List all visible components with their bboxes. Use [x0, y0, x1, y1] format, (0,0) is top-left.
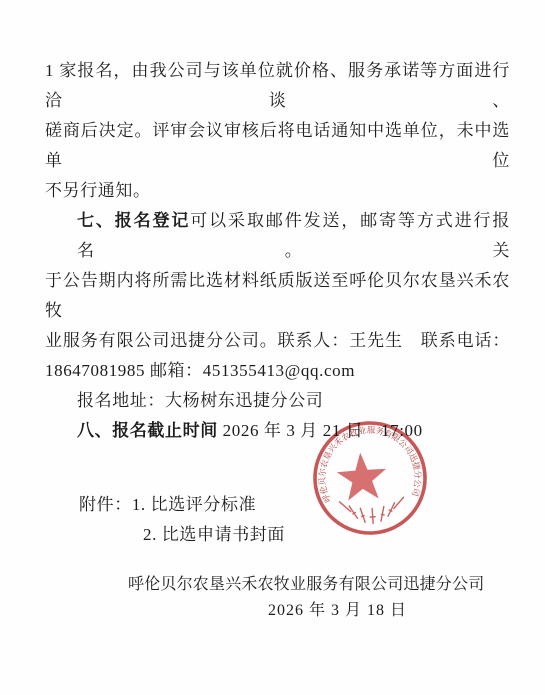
official-stamp: 呼伦贝尔农垦兴禾农牧业服务有限公司迅捷分公司: [306, 414, 434, 542]
signature-company: 呼伦贝尔农垦兴禾农牧业服务有限公司迅捷分公司: [128, 572, 510, 598]
attachments-label: 附件：: [79, 495, 132, 514]
body-line-3: 不另行通知。: [45, 176, 510, 206]
signature-block: 呼伦贝尔农垦兴禾农牧业服务有限公司迅捷分公司 2026 年 3 月 18 日: [45, 572, 510, 624]
body-line-6: 业服务有限公司迅捷分公司。联系人：王先生 联系电话：: [45, 326, 510, 356]
attachment-1-text: 1. 比选评分标准: [132, 495, 256, 514]
document-page: 1 家报名，由我公司与该单位就价格、服务承诺等方面进行洽谈、 磋商后决定。评审会…: [0, 0, 545, 695]
body-line-7-contact: 18647081985 邮箱：451355413@qq.com: [45, 356, 510, 386]
attachment-item-1: 附件：1. 比选评分标准: [79, 490, 510, 520]
section-seven-heading: 七、报名登记: [77, 211, 190, 230]
body-line-8-address: 报名地址：大杨树东迅捷分公司: [45, 386, 510, 416]
body-line-2: 磋商后决定。评审会议审核后将电话通知中选单位，未中选单位: [45, 116, 510, 176]
attachments-block: 附件：1. 比选评分标准 2. 比选申请书封面: [45, 490, 510, 550]
body-line-4: 七、报名登记可以采取邮件发送，邮寄等方式进行报名。关: [45, 206, 510, 266]
document-body: 1 家报名，由我公司与该单位就价格、服务承诺等方面进行洽谈、 磋商后决定。评审会…: [45, 56, 510, 624]
section-eight-heading: 八、报名截止时间: [77, 421, 218, 440]
signature-date: 2026 年 3 月 18 日: [268, 598, 510, 624]
body-line-9-deadline: 八、报名截止时间 2026 年 3 月 21 日 17:00: [45, 416, 510, 446]
body-line-1: 1 家报名，由我公司与该单位就价格、服务承诺等方面进行洽谈、: [45, 56, 510, 116]
body-line-5: 于公告期内将所需比选材料纸质版送至呼伦贝尔农垦兴禾农牧: [45, 266, 510, 326]
stamp-mongolian-script-marks: [339, 497, 406, 526]
stamp-star-icon: [336, 451, 389, 501]
